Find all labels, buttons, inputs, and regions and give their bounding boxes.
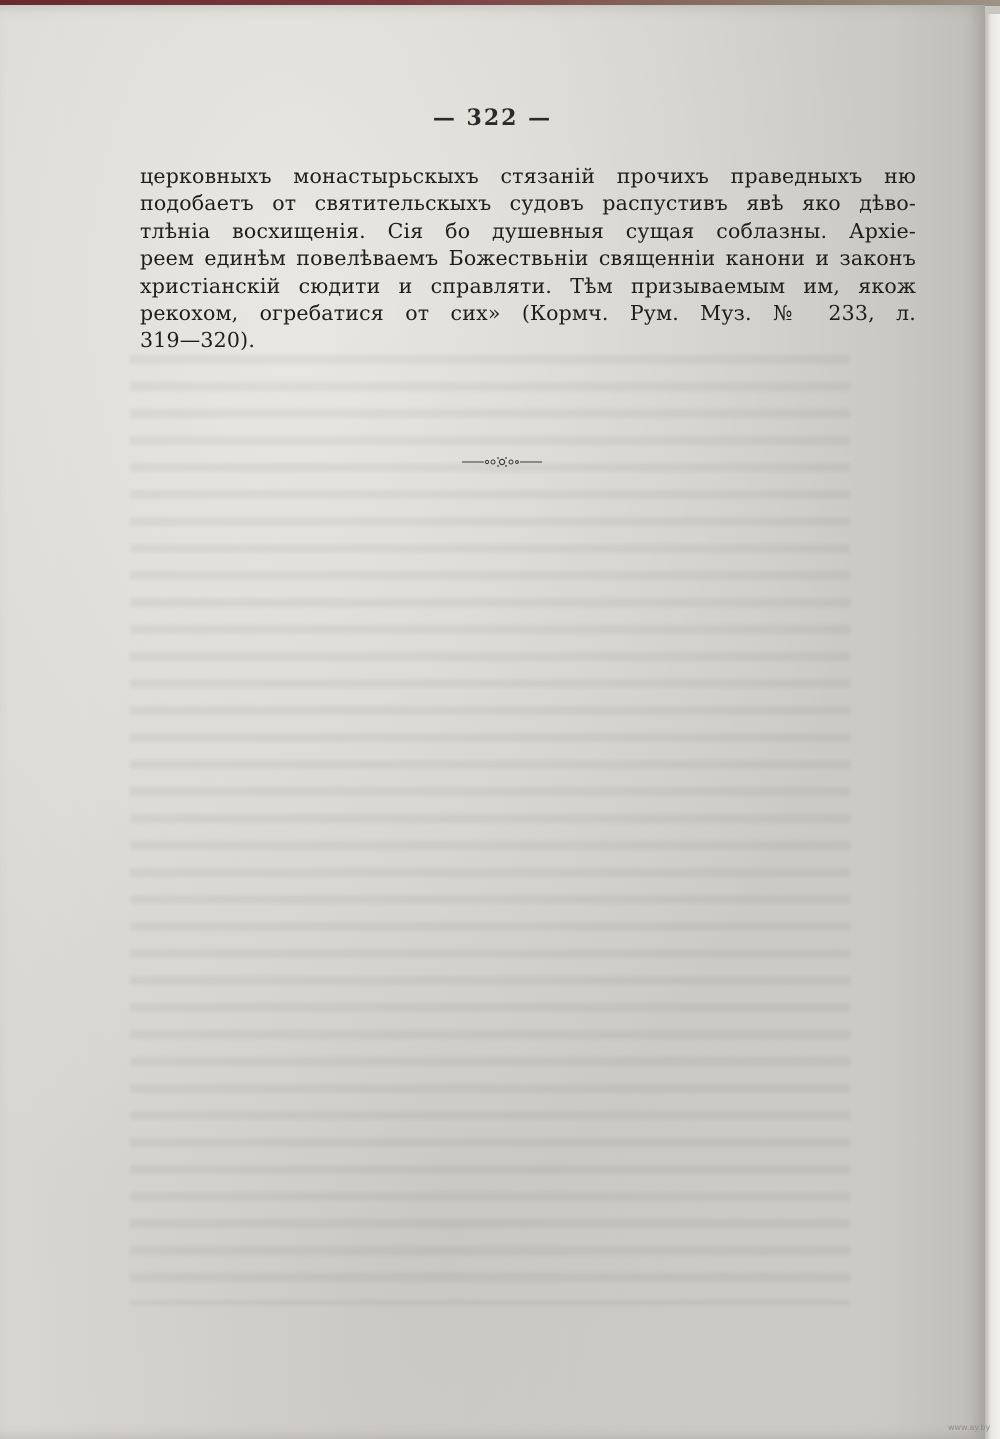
page-number: — 322 — [0, 105, 985, 131]
text-line-5: христіанскій сюдити и справляти. Тѣм при… [140, 273, 916, 300]
text-line-4: реем единѣм повелѣваемъ Божествьніи свящ… [140, 245, 916, 272]
watermark: www.ay.by [948, 1423, 990, 1432]
bleed-through-text [130, 355, 850, 1305]
page-stack-edge [985, 14, 1000, 1439]
book-page-photo: — 322 — церковныхъ монастырьскыхъ стязан… [0, 0, 1000, 1439]
decorative-divider-icon [462, 453, 542, 471]
text-line-6: рекохом, огребатися от сих» (Кормч. Рум.… [140, 300, 916, 327]
text-line-3: тлѣніа восхищенія. Сія бо душевныя сущая… [140, 218, 916, 245]
text-line-1: церковныхъ монастырьскыхъ стязаній прочи… [140, 163, 916, 190]
text-line-2: подобаетъ от святительскыхъ судовъ распу… [140, 190, 916, 217]
text-line-7: 319—320). [140, 327, 916, 354]
page-sheet: — 322 — церковныхъ монастырьскыхъ стязан… [0, 5, 985, 1439]
body-paragraph: церковныхъ монастырьскыхъ стязаній прочи… [140, 163, 916, 355]
